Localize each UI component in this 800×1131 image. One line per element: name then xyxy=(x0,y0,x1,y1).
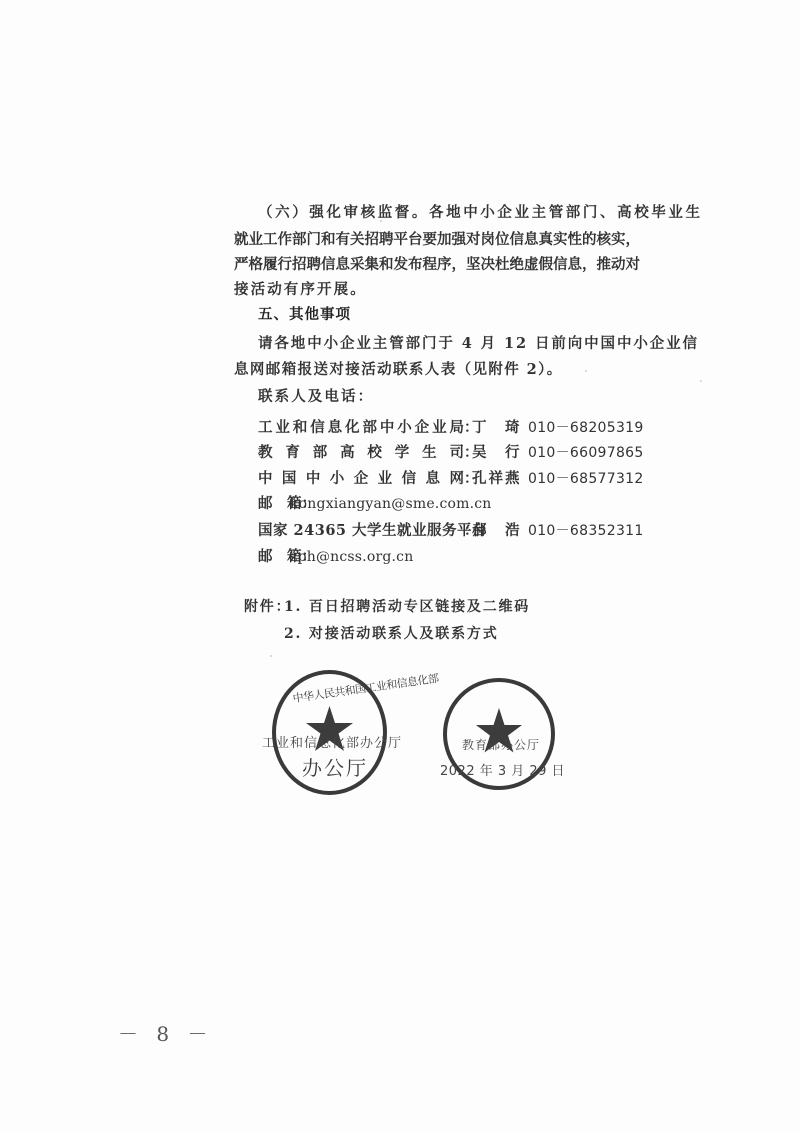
scan-speck xyxy=(270,655,272,657)
contact-row-email-2: 邮 箱：zph@ncss.org.cn xyxy=(258,547,413,567)
contact-phone: 010－66097865 xyxy=(528,443,644,463)
contact-row-email-1: 邮 箱：kongxiangyan@sme.com.cn xyxy=(258,494,492,514)
contact-org: 国家 24365 大学生就业服务平台 xyxy=(258,521,464,541)
contacts-label: 联系人及电话： xyxy=(258,387,374,407)
document-page: （六）强化审核监督。各地中小企业主管部门、高校毕业生 就业工作部门和有关招聘平台… xyxy=(0,0,800,1131)
section-five-para-line-2: 息网邮箱报送对接活动联系人表（见附件 2）。 xyxy=(234,360,563,380)
contact-org: 中国中小企业信息网 xyxy=(258,469,464,489)
section-five-heading: 五、其他事项 xyxy=(258,305,351,325)
contact-phone: 010－68352311 xyxy=(528,521,644,541)
attachment-item-1: 1. 百日招聘活动专区链接及二维码 xyxy=(284,597,530,617)
contact-row-sme: 中国中小企业信息网：孔祥燕010－68577312 xyxy=(258,469,644,489)
scan-speck xyxy=(700,380,702,382)
email-address: kongxiangyan@sme.com.cn xyxy=(290,496,492,512)
section-six-line-4: 接活动有序开展。 xyxy=(234,280,367,300)
miit-signature-line-1: 工业和信息化部办公厅 xyxy=(262,732,402,751)
miit-signature-line-2: 办公厅 xyxy=(302,752,368,781)
moe-signature-date: 2022 年 3 月 29 日 xyxy=(440,760,565,779)
contact-person: 丁 琦 xyxy=(472,418,528,438)
contact-person: 郝 浩 xyxy=(472,521,528,541)
contact-person: 吴 行 xyxy=(472,443,528,463)
scan-speck xyxy=(380,220,382,222)
email-label: 邮 箱： xyxy=(258,547,290,567)
contact-phone: 010－68205319 xyxy=(528,418,644,438)
section-six-line-2: 就业工作部门和有关招聘平台要加强对岗位信息真实性的核实， xyxy=(234,230,610,250)
email-address: zph@ncss.org.cn xyxy=(290,549,413,565)
section-six-line-1: （六）强化审核监督。各地中小企业主管部门、高校毕业生 xyxy=(258,203,703,223)
contact-row-moe: 教育部高校学生司：吴 行010－66097865 xyxy=(258,443,644,463)
email-label: 邮 箱： xyxy=(258,494,290,514)
contact-phone: 010－68577312 xyxy=(528,469,644,489)
contact-org: 工业和信息化部中小企业局 xyxy=(258,418,464,438)
section-five-para-line-1: 请各地中小企业主管部门于 4 月 12 日前向中国中小企业信 xyxy=(258,334,699,354)
contact-row-miit: 工业和信息化部中小企业局：丁 琦010－68205319 xyxy=(258,418,644,438)
contact-org: 教育部高校学生司 xyxy=(258,443,464,463)
attachment-item-2: 2. 对接活动联系人及联系方式 xyxy=(284,624,499,644)
contact-person: 孔祥燕 xyxy=(472,469,528,489)
moe-signature-line-1: 教育部办公厅 xyxy=(462,736,540,753)
section-six-line-3: 严格履行招聘信息采集和发布程序，坚决杜绝虚假信息，推动对 xyxy=(234,255,610,275)
scan-speck xyxy=(585,370,587,372)
contact-row-platform: 国家 24365 大学生就业服务平台：郝 浩010－68352311 xyxy=(258,521,644,541)
page-number: － 8 － xyxy=(118,1018,213,1047)
